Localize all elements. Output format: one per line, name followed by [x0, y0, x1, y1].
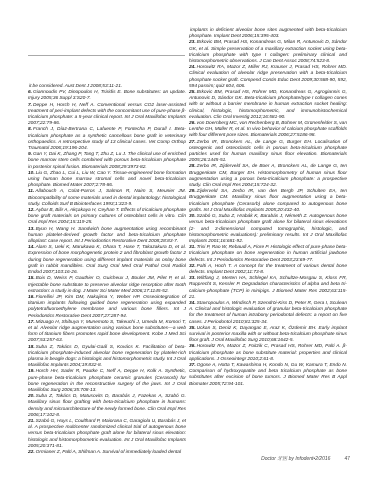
reference-number: 33. — [189, 276, 196, 281]
reference-number: 10. — [28, 171, 35, 176]
reference-text: Wiltfang J, Merten HA, Schlegel KA, Schu… — [189, 276, 347, 300]
reference-number: 8. — [28, 127, 32, 132]
reference-number: 31. — [189, 245, 196, 250]
magazine-references-page: it be considered. Aust Dent J 2008;53:11… — [0, 0, 368, 480]
column-divider-rule — [28, 55, 185, 56]
reference-item: 10.Liu G, Zhao L, Cui L, Liu W, Cao Y. T… — [28, 171, 186, 190]
reference-number: 28. — [189, 164, 196, 169]
reference-text: Horowitz RA, Mazor Z, Miller RJ, Krauser… — [189, 65, 347, 89]
reference-item: 37.Ogose A, Hotta T, Kawashima H, Kondo … — [189, 363, 347, 388]
reference-text: implants in deficient alveolar bone site… — [189, 28, 347, 39]
reference-text: Boix D, Weiss P, Gauthier O, Guicheux J,… — [28, 276, 186, 293]
reference-text: it be considered. Aust Dent J 2008;53:11… — [29, 84, 122, 89]
reference-number: 24. — [189, 65, 196, 70]
reference-number: 9. — [28, 152, 32, 157]
reference-text: Szabó G, Huys L, Coulthard P, Maiorana C… — [28, 419, 186, 449]
reference-item: 33.Wiltfang J, Merten HA, Schlegel KA, S… — [189, 276, 347, 301]
reference-text: Stavropoulos A, Windisch P, Szendröi-Kis… — [189, 301, 347, 325]
reference-text: Szabó G, Suba Z, Hrabák K, Barabás J, Né… — [189, 214, 347, 244]
reference-item: 6.Giannoudis PV, Dinopoulos H, Tsiridis … — [28, 90, 186, 102]
reference-number: 17. — [28, 320, 35, 325]
reference-text: Mizuago H, Shibuya Y, Munemoto S, Takeuc… — [28, 320, 186, 344]
reference-item: 30.Szabó G, Suba Z, Hrabák K, Barabás J,… — [189, 214, 347, 245]
reference-text: Zijderveld SA, Zerbo IR, van den Bergh J… — [189, 189, 347, 213]
reference-number: 37. — [189, 363, 196, 368]
reference-item: 7.Deppe H, Horch H, Neff A. Conventional… — [28, 103, 186, 128]
reference-number: 13. — [28, 227, 35, 232]
reference-item: 16.Fiorellini JP, Kim DM, Nakajima Y, We… — [28, 295, 186, 320]
reference-text: Zerbo IR, Bronckers AL, de Lange G, Burg… — [189, 140, 347, 164]
reference-item: 26.von Doernberg MC, von Rechenberg B, B… — [189, 121, 347, 140]
reference-text: Ormianer Z, Palti A, Shifman A. Survival… — [36, 450, 181, 455]
reference-item: 11.Allabouch A, Colat-Parros J, Salmon R… — [28, 189, 186, 208]
reference-text: Brkovic BM, Prasad HS, Rohrer MD, Konand… — [189, 90, 347, 120]
reference-text: Byun H, Wang H. Sandwich bone augmentati… — [28, 227, 186, 244]
reference-text: Aybar B, Bilir A, Akçakaya H, Ceyhan T. … — [28, 208, 186, 225]
reference-number: 27. — [189, 140, 196, 145]
reference-text: Zerbo IR, Zijderveld SA, de Boer A, Bron… — [189, 164, 347, 188]
reference-text: Franch J, Díaz-Bertrana C, Lafuente P, F… — [28, 127, 186, 151]
reference-number: 20. — [28, 394, 35, 399]
reference-number: 22. — [28, 450, 35, 455]
reference-number: 6. — [28, 90, 32, 95]
reference-number: 11. — [28, 189, 34, 194]
reference-text: Brkovic BM, Prasad HS, Konandreas G, Mil… — [189, 40, 347, 64]
reference-number: 16. — [28, 295, 35, 300]
page-footer: Doctor 牙医 by Infodent•2/2016 47 — [261, 455, 350, 462]
reference-item: 17.Mizuago H, Shibuya Y, Munemoto S, Tak… — [28, 320, 186, 345]
reference-item: 22.Ormianer Z, Palti A, Shifman A. Survi… — [28, 450, 186, 456]
reference-number: 18. — [28, 345, 35, 350]
reference-text: von Doernberg MC, von Rechenberg B, Bohn… — [189, 121, 347, 138]
reference-item: 28.Zerbo IR, Zijderveld SA, de Boer A, B… — [189, 164, 347, 189]
reference-number: 26. — [189, 121, 196, 126]
reference-number: 7. — [28, 103, 32, 108]
reference-item: 35.Uckan S, Deniz K, Dayangac E, Araz K,… — [189, 326, 347, 345]
reference-item: 32.Palti A, Hoch T. A concept for the tr… — [189, 264, 347, 276]
reference-number: 32. — [189, 264, 196, 269]
reference-item: 27.Zerbo IR, Bronckers AL, de Lange G, B… — [189, 140, 347, 165]
reference-text: Gan Y, Dai K, Zhang P, Tang T, Zhu Z, Lu… — [28, 152, 186, 169]
reference-text: Horowitz RA, Mazor Z, Foitzik C, Prasad … — [189, 344, 347, 361]
reference-item: 24.Horowitz RA, Mazor Z, Miller RJ, Krau… — [189, 65, 347, 90]
reference-item: 13.Byun H, Wang H. Sandwich bone augment… — [28, 227, 186, 246]
reference-text: Fiorellini JP, Kim DM, Nakajima Y, Weber… — [28, 295, 186, 319]
reference-text: Alam S, Ueki K, Marukawa K, Ohara T, Has… — [28, 245, 186, 275]
reference-item: 20.Suba Z, Takács D, Matusovits D, Barab… — [28, 394, 186, 419]
reference-item: 14.Alam S, Ueki K, Marukawa K, Ohara T, … — [28, 245, 186, 276]
reference-text: Ogose A, Hotta T, Kawashima H, Kondo N, … — [189, 363, 347, 387]
footer-journal-name: Doctor 牙医 by Infodent•2/2016 — [261, 455, 330, 462]
reference-number: 14. — [28, 245, 35, 250]
reference-text: Liu G, Zhao L, Cui L, Liu W, Cao Y. Tiss… — [28, 171, 186, 188]
reference-text: Horch HH, Sader R, Pautke C, Neff A, Dep… — [28, 369, 186, 393]
reference-number: 25. — [189, 90, 196, 95]
reference-text: Uckan S, Deniz K, Dayangac E, Araz K, Öz… — [189, 326, 347, 343]
reference-number: 29. — [189, 189, 196, 194]
reference-number: 21. — [28, 419, 35, 424]
reference-item: 18.Suba Z, Takács D, Gyulai-Gaál S, Ková… — [28, 345, 186, 370]
reference-item: 21.Szabó G, Huys L, Coulthard P, Maioran… — [28, 419, 186, 450]
reference-text: Suba Z, Takács D, Matusovits D, Barabás … — [28, 394, 186, 418]
references-right-column: implants in deficient alveolar bone site… — [189, 28, 347, 388]
reference-item: 19.Horch HH, Sader R, Pautke C, Neff A, … — [28, 369, 186, 394]
reference-item: 23.Brkovic BM, Prasad HS, Konandreas G, … — [189, 40, 347, 65]
reference-number: 30. — [189, 214, 196, 219]
footer-page-number: 47 — [344, 456, 350, 462]
reference-item: 25.Brkovic BM, Prasad HS, Rohrer MD, Kon… — [189, 90, 347, 121]
reference-text: Trisi P, Rao W, Rebaudi A, Fiore P. Hist… — [189, 245, 347, 262]
reference-number: 34. — [189, 301, 196, 306]
reference-item: 9.Gan Y, Dai K, Zhang P, Tang T, Zhu Z, … — [28, 152, 186, 171]
reference-number: 36. — [189, 344, 196, 349]
reference-number: 23. — [189, 40, 196, 45]
reference-number: 19. — [28, 369, 35, 374]
reference-item: 29.Zijderveld SA, Zerbo IR, van den Berg… — [189, 189, 347, 214]
reference-text: Deppe H, Horch H, Neff A. Conventional v… — [28, 103, 186, 127]
reference-text: Palti A, Hoch T. A concept for the treat… — [189, 264, 347, 275]
reference-item: implants in deficient alveolar bone site… — [189, 28, 347, 40]
reference-number: 12. — [28, 208, 35, 213]
reference-text: Suba Z, Takács D, Gyulai-Gaál S, Kovács … — [28, 345, 186, 369]
reference-text: Giannoudis PV, Dinopoulos H, Tsiridis E.… — [28, 90, 186, 101]
reference-text: Allabouch A, Colat-Parros J, Salmon R, N… — [28, 189, 186, 206]
reference-item: 31.Trisi P, Rao W, Rebaudi A, Fiore P. H… — [189, 245, 347, 264]
reference-item: 8.Franch J, Díaz-Bertrana C, Lafuente P,… — [28, 127, 186, 152]
reference-item: 34.Stavropoulos A, Windisch P, Szendröi-… — [189, 301, 347, 326]
references-left-column: it be considered. Aust Dent J 2008;53:11… — [28, 84, 186, 456]
reference-item: 36.Horowitz RA, Mazor Z, Foitzik C, Pras… — [189, 344, 347, 363]
reference-number: 15. — [28, 276, 35, 281]
reference-number: 35. — [189, 326, 196, 331]
reference-item: 12.Aybar B, Bilir A, Akçakaya H, Ceyhan … — [28, 208, 186, 227]
reference-item: 15.Boix D, Weiss P, Gauthier O, Guicheux… — [28, 276, 186, 295]
